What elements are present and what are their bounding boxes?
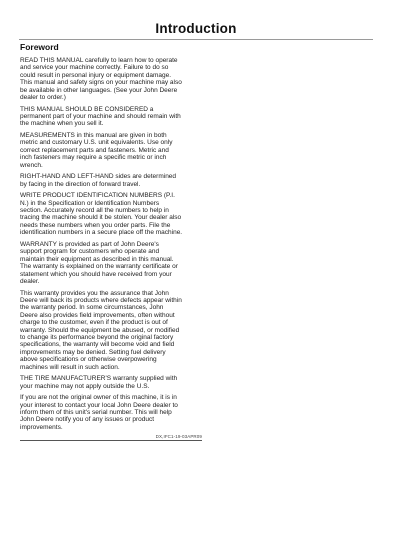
paragraph: READ THIS MANUAL carefully to learn how …	[20, 57, 202, 101]
paragraph: THE TIRE MANUFACTURER'S warranty supplie…	[20, 375, 202, 390]
paragraph: WARRANTY is provided as part of John Dee…	[20, 241, 202, 285]
paragraph: This warranty provides you the assurance…	[20, 290, 202, 371]
paragraph: RIGHT-HAND AND LEFT-HAND sides are deter…	[20, 173, 202, 188]
section-end-divider	[20, 440, 202, 441]
text-column: Foreword READ THIS MANUAL carefully to l…	[20, 42, 202, 441]
paragraph: If you are not the original owner of thi…	[20, 394, 202, 431]
page-title: Introduction	[19, 21, 373, 36]
document-page: Introduction Foreword READ THIS MANUAL c…	[0, 0, 416, 538]
section-heading: Foreword	[20, 42, 202, 52]
paragraph: THIS MANUAL SHOULD BE CONSIDERED a perma…	[20, 106, 202, 128]
page-header: Introduction	[19, 21, 373, 40]
paragraph: WRITE PRODUCT IDENTIFICATION NUMBERS (P.…	[20, 192, 202, 236]
doc-code: DX,IFC1-19-03APR09	[20, 434, 202, 439]
paragraph: MEASUREMENTS in this manual are given in…	[20, 132, 202, 169]
paragraphs: READ THIS MANUAL carefully to learn how …	[20, 57, 202, 431]
